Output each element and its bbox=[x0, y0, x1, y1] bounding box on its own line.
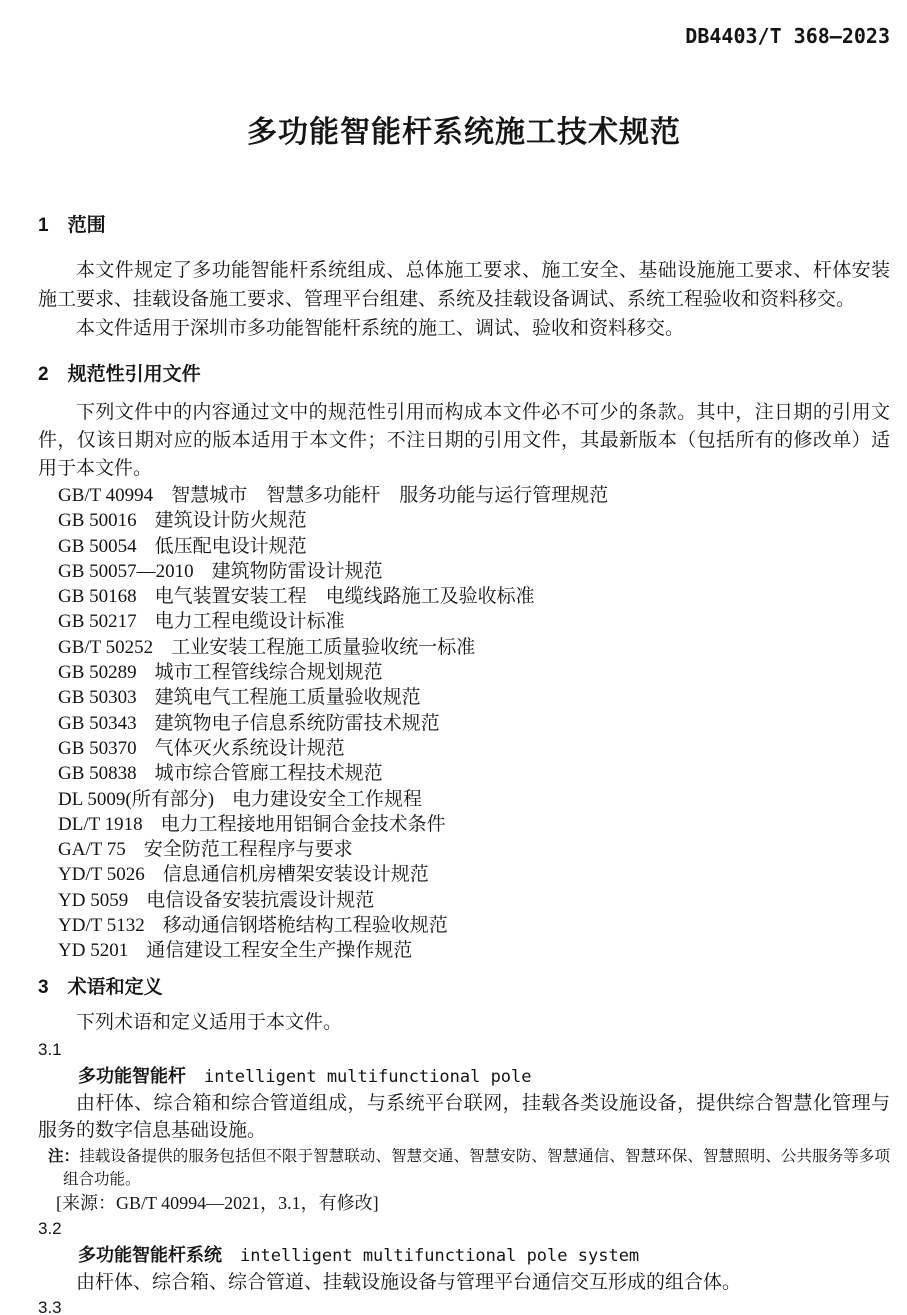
section-title: 范围 bbox=[68, 215, 106, 236]
reference-code: GB/T 40994 bbox=[58, 485, 153, 506]
reference-title: 安全防范工程程序与要求 bbox=[144, 839, 353, 860]
term-number: 3.1 bbox=[38, 1037, 890, 1063]
reference-code: GB 50168 bbox=[58, 586, 137, 607]
term-entry-3-2: 3.2 多功能智能杆系统intelligent multifunctional … bbox=[38, 1216, 890, 1296]
term-number: 3.2 bbox=[38, 1216, 890, 1242]
reference-title: 电信设备安装抗震设计规范 bbox=[146, 890, 374, 911]
term-number: 3.3 bbox=[38, 1296, 890, 1315]
reference-code: GA/T 75 bbox=[58, 839, 126, 860]
reference-code: DL/T 1918 bbox=[58, 814, 143, 835]
note-text: 挂载设备提供的服务包括但不限于智慧联动、智慧交通、智慧安防、智慧通信、智慧环保、… bbox=[63, 1148, 890, 1188]
reference-code: GB 50370 bbox=[58, 738, 137, 759]
term-entry-3-3: 3.3 bbox=[38, 1296, 890, 1315]
reference-code: GB 50016 bbox=[58, 510, 137, 531]
term-note: 注：挂载设备提供的服务包括但不限于智慧联动、智慧交通、智慧安防、智慧通信、智慧环… bbox=[48, 1145, 890, 1191]
reference-code: GB 50054 bbox=[58, 536, 137, 557]
reference-title: 信息通信机房槽架安装设计规范 bbox=[163, 864, 429, 885]
section-number: 3 bbox=[38, 974, 49, 1001]
reference-title: 城市工程管线综合规划规范 bbox=[155, 662, 383, 683]
reference-item: GB 50054低压配电设计规范 bbox=[58, 534, 890, 559]
section-heading-terms: 3术语和定义 bbox=[38, 974, 890, 1001]
document-code: DB4403/T 368—2023 bbox=[38, 25, 890, 47]
reference-code: GB 50303 bbox=[58, 687, 137, 708]
section-heading-scope: 1范围 bbox=[38, 212, 890, 239]
references-intro: 下列文件中的内容通过文中的规范性引用而构成本文件必不可少的条款。其中，注日期的引… bbox=[38, 399, 890, 483]
reference-item: GB 50303建筑电气工程施工质量验收规范 bbox=[58, 685, 890, 710]
reference-title: 智慧城市 智慧多功能杆 服务功能与运行管理规范 bbox=[171, 485, 608, 506]
reference-item: DL/T 1918电力工程接地用铝铜合金技术条件 bbox=[58, 812, 890, 837]
reference-title: 低压配电设计规范 bbox=[155, 536, 307, 557]
reference-code: GB 50289 bbox=[58, 662, 137, 683]
reference-title: 电力工程电缆设计标准 bbox=[155, 611, 345, 632]
reference-item: YD/T 5132移动通信钢塔桅结构工程验收规范 bbox=[58, 913, 890, 938]
term-line: 多功能智能杆系统intelligent multifunctional pole… bbox=[78, 1242, 890, 1269]
term-definition: 由杆体、综合箱、综合管道、挂载设施设备与管理平台通信交互形成的组合体。 bbox=[38, 1269, 890, 1296]
reference-code: DL 5009(所有部分) bbox=[58, 789, 214, 810]
reference-title: 建筑物防雷设计规范 bbox=[212, 561, 383, 582]
reference-title: 气体灭火系统设计规范 bbox=[155, 738, 345, 759]
reference-item: GB 50343建筑物电子信息系统防雷技术规范 bbox=[58, 711, 890, 736]
reference-title: 建筑物电子信息系统防雷技术规范 bbox=[155, 713, 440, 734]
reference-item: DL 5009(所有部分)电力建设安全工作规程 bbox=[58, 787, 890, 812]
reference-code: YD/T 5132 bbox=[58, 915, 145, 936]
term-source: [来源：GB/T 40994—2021，3.1，有修改] bbox=[56, 1191, 890, 1216]
reference-code: GB 50343 bbox=[58, 713, 137, 734]
terms-intro: 下列术语和定义适用于本文件。 bbox=[38, 1009, 890, 1037]
reference-title: 建筑电气工程施工质量验收规范 bbox=[155, 687, 421, 708]
reference-item: GB 50168电气装置安装工程 电缆线路施工及验收标准 bbox=[58, 584, 890, 609]
term-line: 多功能智能杆intelligent multifunctional pole bbox=[78, 1063, 890, 1090]
section-number: 2 bbox=[38, 361, 49, 388]
note-label: 注： bbox=[48, 1148, 79, 1165]
section-title: 术语和定义 bbox=[68, 977, 163, 998]
reference-title: 工业安装工程施工质量验收统一标准 bbox=[171, 637, 475, 658]
reference-code: YD 5059 bbox=[58, 890, 128, 911]
reference-title: 电力工程接地用铝铜合金技术条件 bbox=[161, 814, 446, 835]
reference-item: GB 50370气体灭火系统设计规范 bbox=[58, 736, 890, 761]
reference-item: YD/T 5026信息通信机房槽架安装设计规范 bbox=[58, 862, 890, 887]
document-title: 多功能智能杆系统施工技术规范 bbox=[38, 111, 890, 155]
reference-item: GB/T 50252工业安装工程施工质量验收统一标准 bbox=[58, 635, 890, 660]
term-en: intelligent multifunctional pole bbox=[204, 1067, 532, 1087]
section-title: 规范性引用文件 bbox=[68, 364, 201, 385]
reference-item: GB 50217电力工程电缆设计标准 bbox=[58, 609, 890, 634]
scope-paragraph: 本文件规定了多功能智能杆系统组成、总体施工要求、施工安全、基础设施施工要求、杆体… bbox=[38, 256, 890, 314]
reference-title: 建筑设计防火规范 bbox=[155, 510, 307, 531]
references-list: GB/T 40994智慧城市 智慧多功能杆 服务功能与运行管理规范 GB 500… bbox=[58, 483, 890, 964]
reference-item: GB/T 40994智慧城市 智慧多功能杆 服务功能与运行管理规范 bbox=[58, 483, 890, 508]
reference-item: YD 5059电信设备安装抗震设计规范 bbox=[58, 888, 890, 913]
term-zh: 多功能智能杆 bbox=[78, 1066, 186, 1086]
section-number: 1 bbox=[38, 212, 49, 239]
reference-code: GB 50838 bbox=[58, 763, 137, 784]
reference-item: GB 50289城市工程管线综合规划规范 bbox=[58, 660, 890, 685]
reference-code: YD/T 5026 bbox=[58, 864, 145, 885]
reference-code: YD 5201 bbox=[58, 940, 128, 961]
reference-title: 通信建设工程安全生产操作规范 bbox=[146, 940, 412, 961]
reference-item: YD 5201通信建设工程安全生产操作规范 bbox=[58, 938, 890, 963]
reference-code: GB 50057—2010 bbox=[58, 561, 194, 582]
section-heading-normative-references: 2规范性引用文件 bbox=[38, 361, 890, 388]
reference-item: GB 50016建筑设计防火规范 bbox=[58, 508, 890, 533]
scope-paragraphs: 本文件规定了多功能智能杆系统组成、总体施工要求、施工安全、基础设施施工要求、杆体… bbox=[38, 256, 890, 343]
reference-item: GB 50838城市综合管廊工程技术规范 bbox=[58, 761, 890, 786]
scope-paragraph: 本文件适用于深圳市多功能智能杆系统的施工、调试、验收和资料移交。 bbox=[38, 314, 890, 343]
reference-title: 电气装置安装工程 电缆线路施工及验收标准 bbox=[155, 586, 535, 607]
reference-title: 电力建设安全工作规程 bbox=[232, 789, 422, 810]
document-page: DB4403/T 368—2023 多功能智能杆系统施工技术规范 1范围 本文件… bbox=[0, 0, 907, 1315]
reference-code: GB 50217 bbox=[58, 611, 137, 632]
reference-title: 移动通信钢塔桅结构工程验收规范 bbox=[163, 915, 448, 936]
term-zh: 多功能智能杆系统 bbox=[78, 1245, 222, 1265]
term-entry-3-1: 3.1 多功能智能杆intelligent multifunctional po… bbox=[38, 1037, 890, 1216]
reference-code: GB/T 50252 bbox=[58, 637, 153, 658]
term-definition: 由杆体、综合箱和综合管道组成，与系统平台联网，挂载各类设施设备，提供综合智慧化管… bbox=[38, 1090, 890, 1145]
reference-item: GB 50057—2010建筑物防雷设计规范 bbox=[58, 559, 890, 584]
term-en: intelligent multifunctional pole system bbox=[240, 1246, 639, 1266]
reference-item: GA/T 75安全防范工程程序与要求 bbox=[58, 837, 890, 862]
reference-title: 城市综合管廊工程技术规范 bbox=[155, 763, 383, 784]
